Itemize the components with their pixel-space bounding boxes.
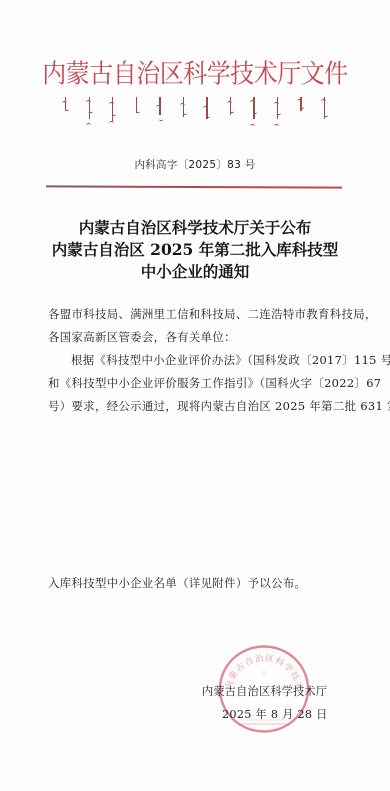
document-number: 内科高字〔2025〕83 号 — [0, 157, 390, 172]
mongolian-word — [274, 97, 281, 129]
mongolian-word — [156, 97, 163, 123]
mongolian-word — [321, 97, 328, 121]
mongolian-word — [133, 97, 140, 115]
issuer-header-title: 内蒙古自治区科学技术厅文件 — [0, 57, 390, 92]
notice-title: 内蒙古自治区科学技术厅关于公布 内蒙古自治区 2025 年第二批入库科技型 中小… — [0, 217, 390, 283]
notice-body: 各盟市科技局、满洲里工信和科技局、二连浩特市教育科技局， 各国家高新区管委会，各… — [48, 303, 348, 418]
addressee-line-1: 各盟市科技局、满洲里工信和科技局、二连浩特市教育科技局， — [48, 303, 348, 326]
mongolian-word — [250, 97, 257, 129]
signature-date: 2025 年 8 月 28 日 — [222, 706, 328, 722]
mongolian-word — [203, 97, 210, 121]
addressee-line-2: 各国家高新区管委会，各有关单位： — [48, 326, 348, 349]
mongolian-script-header — [62, 97, 328, 137]
signature-issuer: 内蒙古自治区科学技术厅 — [202, 683, 327, 699]
mongolian-word — [227, 97, 234, 117]
mongolian-word — [180, 97, 187, 119]
red-divider-rule — [46, 185, 342, 188]
mongolian-word — [297, 97, 304, 113]
body-paragraph-line-2: 和《科技型中小企业评价服务工作指引》（国科火字〔2022〕67 — [48, 372, 348, 395]
mongolian-word — [62, 97, 69, 115]
body-paragraph-line-3: 号）要求，经公示通过，现将内蒙古自治区 2025 年第二批 631 家 — [48, 395, 348, 418]
mongolian-word — [109, 97, 116, 125]
notice-title-line-1: 内蒙古自治区科学技术厅关于公布 — [0, 217, 390, 239]
notice-title-line-3: 中小企业的通知 — [0, 261, 390, 283]
body-paragraph-line-4: 入库科技型中小企业名单（详见附件）予以公布。 — [48, 572, 348, 595]
notice-body-continuation: 入库科技型中小企业名单（详见附件）予以公布。 — [48, 572, 348, 595]
notice-title-line-2: 内蒙古自治区 2025 年第二批入库科技型 — [0, 239, 390, 261]
mongolian-word — [86, 97, 93, 127]
document-page: 内蒙古自治区科学技术厅文件 内科高字〔2025〕83 号 内蒙古自治区科学技术厅… — [0, 0, 390, 791]
body-paragraph-line-1: 根据《科技型中小企业评价办法》（国科发政〔2017〕115 号） — [48, 349, 348, 372]
